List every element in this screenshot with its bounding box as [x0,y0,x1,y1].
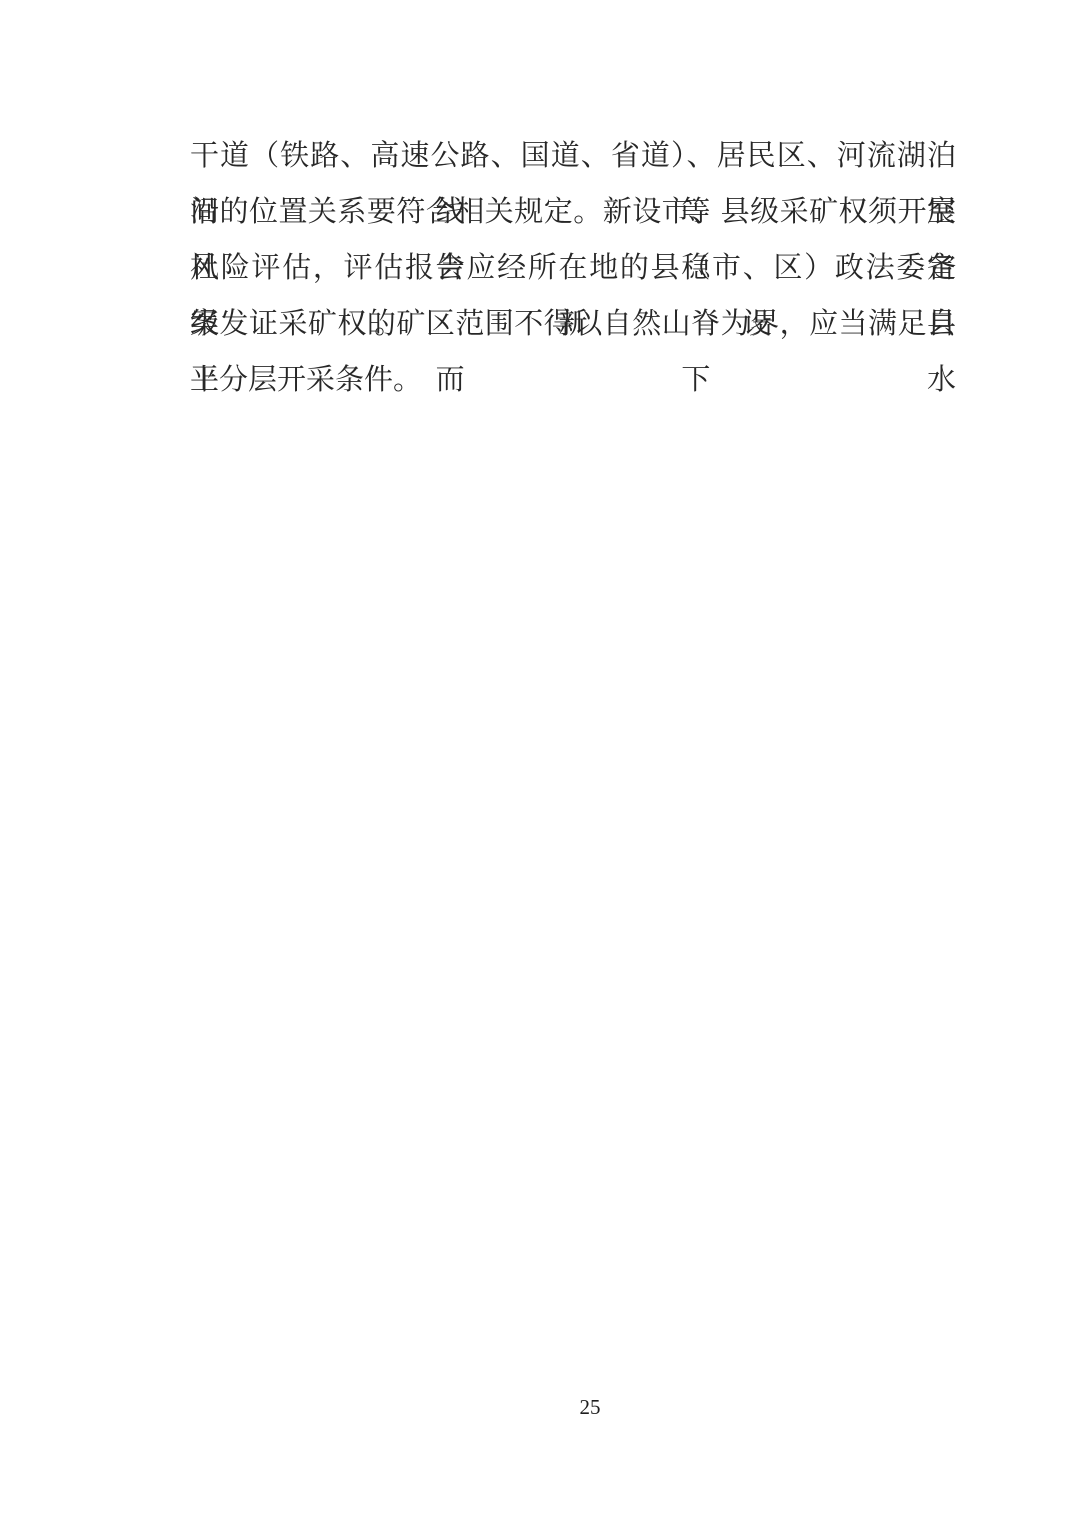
page-footer: 25 [190,1394,990,1420]
paragraph-line: 干道（铁路、高速公路、国道、省道）、居民区、河流湖泊沿线等空 [190,128,956,184]
paragraph-line: 间的位置关系要符合相关规定。新设市、县级采矿权须开展社会稳定 [190,184,956,240]
paragraph-line: 级发证采矿权的矿区范围不得以自然山脊为界，应当满足自上而下水 [190,296,956,352]
document-page: 干道（铁路、高速公路、国道、省道）、居民区、河流湖泊沿线等空 间的位置关系要符合… [0,0,1074,1520]
paragraph-line: 风险评估，评估报告应经所在地的县（市、区）政法委备案。新设县 [190,240,956,296]
page-number: 25 [580,1395,601,1419]
body-paragraph: 干道（铁路、高速公路、国道、省道）、居民区、河流湖泊沿线等空 间的位置关系要符合… [190,128,956,408]
